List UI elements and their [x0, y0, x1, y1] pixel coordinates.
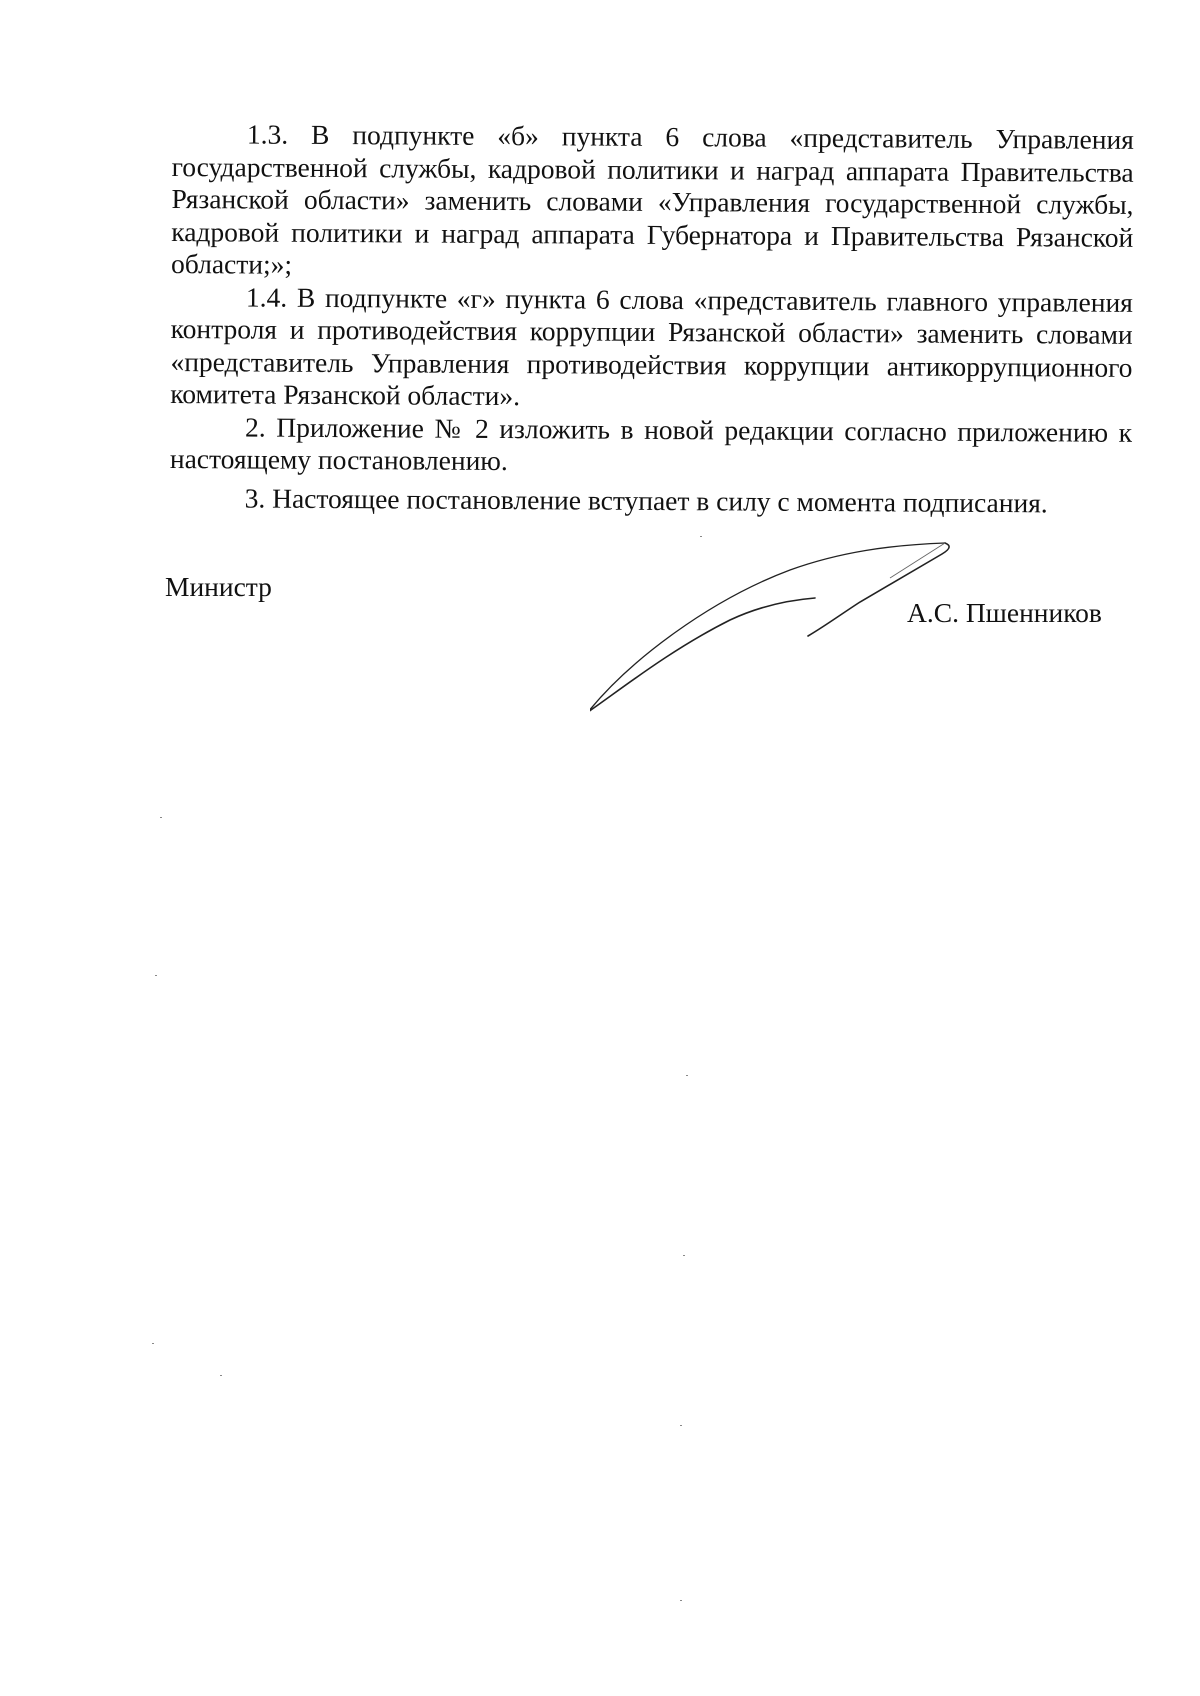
paragraph-2: 2. Приложение № 2 изложить в новой редак…	[170, 410, 1132, 481]
paragraph-1-3: 1.3. В подпункте «б» пункта 6 слова «пре…	[171, 118, 1134, 286]
scan-speck	[160, 817, 162, 818]
scan-speck	[683, 1255, 685, 1256]
scan-speck	[155, 975, 157, 976]
scan-speck	[686, 1075, 688, 1076]
signatory-title: Министр	[165, 571, 272, 603]
paragraph-3: 3. Настоящее постановление вступает в си…	[170, 481, 1132, 519]
handwritten-signature	[590, 540, 960, 720]
document-page: 1.3. В подпункте «б» пункта 6 слова «пре…	[0, 0, 1200, 1696]
scan-speck	[220, 1375, 222, 1376]
signatory-name: А.С. Пшенников	[907, 597, 1102, 629]
scan-speck	[680, 1425, 682, 1426]
paragraph-1-4: 1.4. В подпункте «г» пункта 6 слова «пре…	[170, 280, 1133, 416]
document-body: 1.3. В подпункте «б» пункта 6 слова «пре…	[170, 118, 1134, 520]
scan-speck	[700, 536, 702, 537]
scan-speck	[152, 1343, 154, 1344]
scan-speck	[680, 1600, 682, 1601]
